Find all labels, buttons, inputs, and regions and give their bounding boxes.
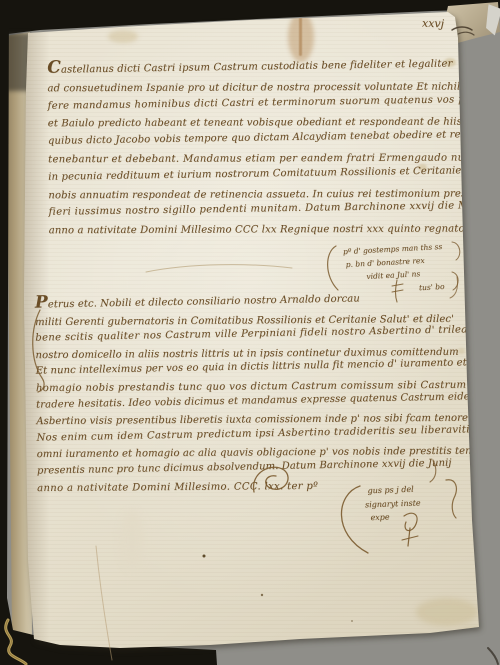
stain bbox=[108, 30, 138, 43]
stain bbox=[416, 598, 478, 626]
entry-1-text: Castellanus dicti Castri ipsum Castrum c… bbox=[47, 56, 463, 240]
manuscript-leaf: xxvj Castellanus dicti Castri ipsum Cast… bbox=[0, 0, 500, 665]
signature-note: gus ps j delsignaryt insteexpe bbox=[343, 481, 464, 526]
text-line: Petrus etc. Nobili et dilecto consiliari… bbox=[35, 286, 463, 314]
stain bbox=[458, 628, 490, 640]
stain bbox=[120, 510, 144, 570]
manuscript-photo: xxvj Castellanus dicti Castri ipsum Cast… bbox=[0, 0, 500, 665]
text-line: Castellanus dicti Castri ipsum Castrum c… bbox=[47, 53, 461, 79]
manuscript-leaf-wrap: xxvj Castellanus dicti Castri ipsum Cast… bbox=[0, 0, 500, 665]
entry-2-text: Petrus etc. Nobili et dilecto consiliari… bbox=[35, 289, 465, 496]
text-line: expe bbox=[370, 508, 464, 525]
stain bbox=[299, 14, 302, 56]
text-line: anno a nativitate Domini Millesimo CCC l… bbox=[49, 221, 463, 241]
folio-number: xxvj bbox=[422, 17, 444, 31]
